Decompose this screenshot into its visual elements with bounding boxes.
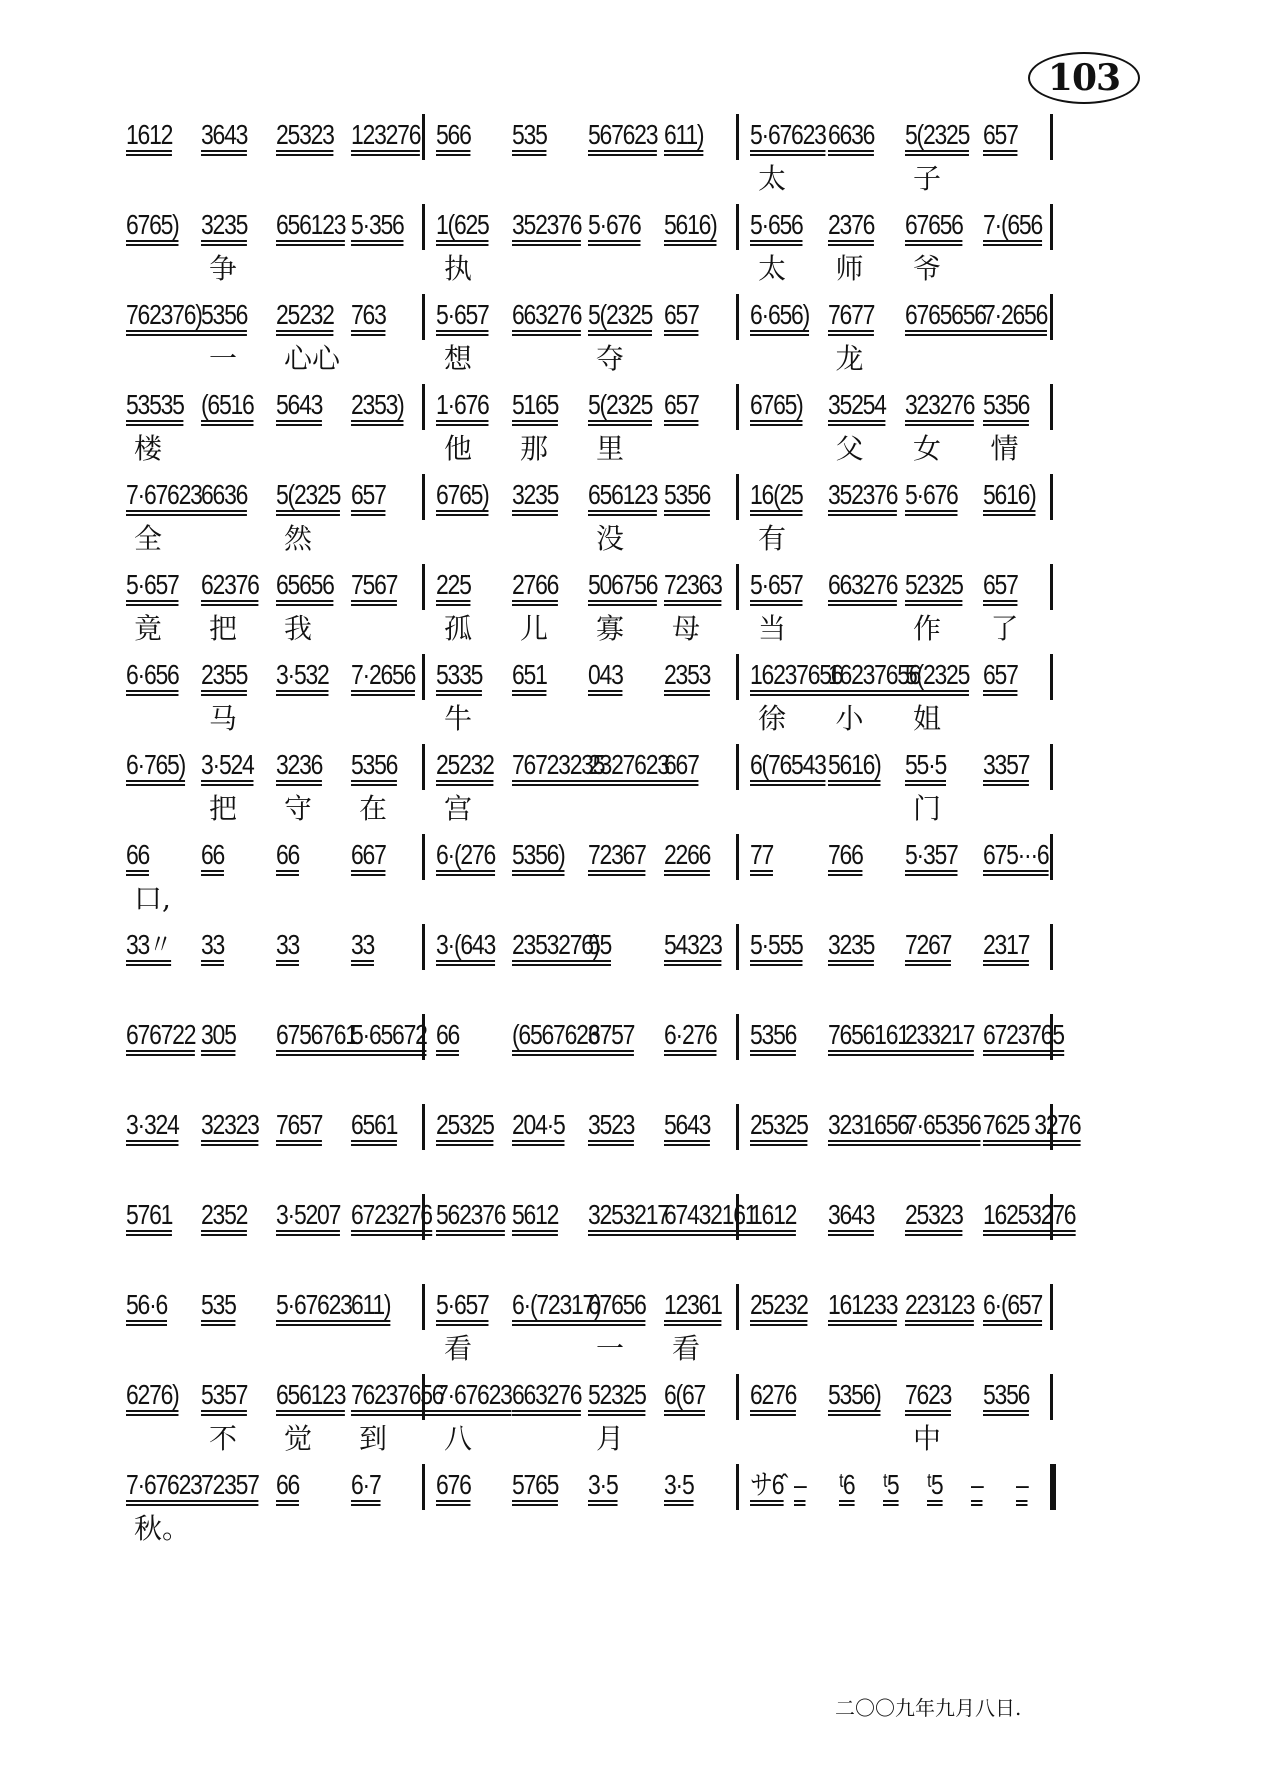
notes-row: 6·65623553·5327·265653356510432353162376…: [120, 654, 1180, 698]
note-group: 676: [436, 1470, 471, 1500]
note-group: 2317: [983, 930, 1029, 960]
measure: 777665·357675···6: [744, 834, 1054, 878]
note-group: 5616): [983, 480, 1036, 510]
note-group: 7·67623: [436, 1380, 512, 1410]
measure: 5·6576·(72317)6765612361: [430, 1284, 734, 1328]
lyric-char: 太: [758, 162, 786, 196]
score-system: 3·324323237657656125325204·5352356432532…: [120, 1104, 1180, 1194]
final-barline: [1050, 1464, 1056, 1510]
note-group: –: [1016, 1470, 1028, 1500]
measure: サ6̂–ᵗ6ᵗ5ᵗ5––: [744, 1464, 1054, 1508]
measure: 6765)32356561235356: [430, 474, 734, 518]
notes-row: 56·65355·67623611)5·6576·(72317)67656123…: [120, 1284, 1180, 1328]
note-group: 656123: [276, 1380, 345, 1410]
note-group: 506756: [588, 570, 657, 600]
note-group: 66: [436, 1020, 459, 1050]
barline: [422, 204, 425, 250]
lyric-char: 不: [209, 1422, 237, 1456]
note-group: 7567: [351, 570, 397, 600]
lyric-char: 看: [672, 1332, 700, 1366]
note-group: 52325: [588, 1380, 646, 1410]
note-group: 5356: [201, 300, 247, 330]
lyric-char: 我: [284, 612, 312, 646]
lyric-char: 门: [913, 792, 941, 826]
note-group: 5·657: [126, 570, 179, 600]
measure: 3·3243232376576561: [120, 1104, 420, 1148]
note-group: 5357: [201, 1380, 247, 1410]
barline: [736, 1464, 739, 1510]
measure: 5·6562376676567·(656: [744, 204, 1054, 248]
note-group: 7·2656: [983, 300, 1047, 330]
note-group: 567623: [588, 120, 657, 150]
lyrics-row: 争执太师爷: [120, 252, 1180, 288]
measure: 5623765612325321767432161: [430, 1194, 734, 1238]
note-group: 5·656: [750, 210, 803, 240]
note-group: 3·5: [588, 1470, 617, 1500]
measure: 66(656762367576·276: [430, 1014, 734, 1058]
note-group: 5·657: [436, 1290, 489, 1320]
note-group: 7656161: [828, 1020, 909, 1050]
note-group: 66: [126, 840, 149, 870]
lyric-char: 楼: [134, 432, 162, 466]
note-group: 5·657: [436, 300, 489, 330]
note-group: 5356: [351, 750, 397, 780]
note-group: 12361: [664, 1290, 722, 1320]
barline: [1050, 924, 1053, 970]
lyric-char: 那: [520, 432, 548, 466]
note-group: 5165: [512, 390, 558, 420]
note-group: 3231656: [828, 1110, 909, 1140]
note-group: 25232: [436, 750, 494, 780]
note-group: 25325: [436, 1110, 494, 1140]
note-group: 52325: [905, 570, 963, 600]
barline: [422, 1194, 425, 1240]
barline: [422, 1014, 425, 1060]
note-group: 3·5207: [276, 1200, 340, 1230]
note-group: 5·357: [905, 840, 958, 870]
barline: [422, 834, 425, 880]
notes-row: 53535(651656432353)1·67651655(2325657676…: [120, 384, 1180, 428]
note-group: 7·2656: [351, 660, 415, 690]
note-group: 611): [664, 120, 703, 150]
note-group: 66: [276, 1470, 299, 1500]
measure: 16237656162376565(2325657: [744, 654, 1054, 698]
lyrics-row: 一心心想夺龙: [120, 342, 1180, 378]
note-group: 16(25: [750, 480, 803, 510]
note-group: 204·5: [512, 1110, 565, 1140]
note-group: 3·5: [664, 1470, 693, 1500]
note-group: 67656: [905, 210, 963, 240]
lyric-char: 徐: [758, 702, 786, 736]
note-group: 3235: [828, 930, 874, 960]
barline: [736, 1104, 739, 1150]
score-system: 6·65623553·5327·265653356510432353162376…: [120, 654, 1180, 744]
lyric-char: 然: [284, 522, 312, 556]
note-group: 562376: [436, 1200, 505, 1230]
note-group: 5335: [436, 660, 482, 690]
barline: [736, 834, 739, 880]
note-group: 762376): [126, 300, 202, 330]
lyric-char: 马: [209, 702, 237, 736]
measure: 33〃333333: [120, 924, 420, 968]
barline: [1050, 744, 1053, 790]
barline: [736, 474, 739, 520]
barline: [422, 1104, 425, 1150]
note-group: 2327623: [588, 750, 669, 780]
measure: 6276)535765612376237656: [120, 1374, 420, 1418]
lyric-char: 子: [913, 162, 941, 196]
measure: 576123523·52076723276: [120, 1194, 420, 1238]
note-group: サ6̂: [750, 1470, 783, 1500]
measure: 6·(2765356)723672266: [430, 834, 734, 878]
note-group: 657: [983, 120, 1018, 150]
lyrics-row: 楼他那里父女情: [120, 432, 1180, 468]
note-group: 5643: [664, 1110, 710, 1140]
barline: [736, 744, 739, 790]
note-group: 6276): [126, 1380, 179, 1410]
note-group: 656123: [276, 210, 345, 240]
note-group: 3·532: [276, 660, 329, 690]
measure: 1·67651655(2325657: [430, 384, 734, 428]
note-group: 6636: [828, 120, 874, 150]
note-group: 32323: [201, 1110, 259, 1140]
note-group: 72363: [664, 570, 722, 600]
notes-row: 1612364325323123276566535567623611)5·676…: [120, 114, 1180, 158]
note-group: 54323: [664, 930, 722, 960]
notes-row: 7·6762372357666·767657653·53·5サ6̂–ᵗ6ᵗ5ᵗ5…: [120, 1464, 1180, 1508]
lyric-char: 把: [209, 612, 237, 646]
note-group: 2353: [664, 660, 710, 690]
note-group: 6·276: [664, 1020, 717, 1050]
note-group: 766: [828, 840, 863, 870]
lyrics-row: 口,: [120, 882, 1180, 918]
lyric-char: 女: [913, 432, 941, 466]
score-system: 576123523·520767232765623765612325321767…: [120, 1194, 1180, 1284]
note-group: 611): [351, 1290, 390, 1320]
note-group: 66: [276, 840, 299, 870]
note-group: 65656: [276, 570, 334, 600]
lyrics-row: 马牛徐小姐: [120, 702, 1180, 738]
lyric-char: 在: [359, 792, 387, 826]
note-group: 6636: [201, 480, 247, 510]
measure: 5·6762366365(2325657: [744, 114, 1054, 158]
lyric-char: 情: [991, 432, 1019, 466]
barline: [1050, 654, 1053, 700]
note-group: 1612: [126, 120, 172, 150]
note-group: 323276: [905, 390, 974, 420]
notes-row: 6765)32356561235·3561(6253523765·6765616…: [120, 204, 1180, 248]
lyric-char: 宫: [444, 792, 472, 826]
notes-row: 67672230567567615·6567266(656762367576·2…: [120, 1014, 1180, 1058]
note-group: 1(625: [436, 210, 489, 240]
note-group: 5616): [664, 210, 717, 240]
measure: 53535(651656432353): [120, 384, 420, 428]
note-group: 3643: [201, 120, 247, 150]
notes-row: 3·324323237657656125325204·5352356432532…: [120, 1104, 1180, 1148]
measure: 5·65766327652325657: [744, 564, 1054, 608]
lyric-char: 把: [209, 792, 237, 826]
lyric-char: 母: [672, 612, 700, 646]
note-group: 7·67623: [126, 1470, 202, 1500]
note-group: 223123: [905, 1290, 974, 1320]
note-group: 5761: [126, 1200, 172, 1230]
lyric-char: 龙: [836, 342, 864, 376]
note-group: 675···6: [983, 840, 1048, 870]
note-group: 3·(643: [436, 930, 495, 960]
lyric-char: 想: [444, 342, 472, 376]
lyric-char: 有: [758, 522, 786, 556]
note-group: 3523: [588, 1110, 634, 1140]
note-group: 25232: [276, 300, 334, 330]
note-group: 53535: [126, 390, 184, 420]
note-group: 72357: [201, 1470, 259, 1500]
note-group: 5(2325: [905, 120, 969, 150]
note-group: 656123: [588, 480, 657, 510]
note-group: 225: [436, 570, 471, 600]
notes-row: 576123523·520767232765623765612325321767…: [120, 1194, 1180, 1238]
note-group: 3235: [512, 480, 558, 510]
lyric-char: 儿: [520, 612, 548, 646]
notes-row: 33〃3333333·(6432353276)55543235·55532357…: [120, 924, 1180, 968]
note-group: 5·676: [588, 210, 641, 240]
note-group: 6·(276: [436, 840, 495, 870]
lyric-char: 牛: [444, 702, 472, 736]
note-group: 6765): [750, 390, 803, 420]
note-group: 763: [351, 300, 386, 330]
note-group: 6765): [436, 480, 489, 510]
note-group: 33: [201, 930, 224, 960]
lyric-char: 小: [836, 702, 864, 736]
lyric-char: 了: [991, 612, 1019, 646]
barline: [736, 384, 739, 430]
barline: [736, 1014, 739, 1060]
barline: [1050, 1104, 1053, 1150]
note-group: 535: [512, 120, 547, 150]
note-group: 535: [201, 1290, 236, 1320]
note-group: 352376: [512, 210, 581, 240]
lyric-char: 执: [444, 252, 472, 286]
note-group: 6·765): [126, 750, 185, 780]
note-group: 161233: [828, 1290, 897, 1320]
barline: [422, 114, 425, 160]
notes-row: 6·765)3·52432365356252327672323523276236…: [120, 744, 1180, 788]
date-note: 二〇〇九年九月八日.: [835, 1692, 1021, 1721]
score-system: 7·6762372357666·767657653·53·5サ6̂–ᵗ6ᵗ5ᵗ5…: [120, 1464, 1180, 1554]
note-group: 7·(656: [983, 210, 1042, 240]
lyrics-row: 不觉到八月中: [120, 1422, 1180, 1458]
barline: [422, 1464, 425, 1510]
measure: 666666667: [120, 834, 420, 878]
note-group: ᵗ5: [927, 1470, 942, 1500]
measure: 16(253523765·6765616): [744, 474, 1054, 518]
lyric-char: 寡: [596, 612, 624, 646]
note-group: 657: [983, 570, 1018, 600]
note-group: 663276: [828, 570, 897, 600]
measure: 67657653·53·5: [430, 1464, 734, 1508]
barline: [736, 294, 739, 340]
lyric-char: 觉: [284, 1422, 312, 1456]
note-group: 62376: [201, 570, 259, 600]
note-group: 123276: [351, 120, 420, 150]
note-group: 5·657: [750, 570, 803, 600]
note-group: 566: [436, 120, 471, 150]
note-group: 3253217: [588, 1200, 669, 1230]
note-group: 5(2325: [905, 660, 969, 690]
notes-row: 6666666676·(2765356)723672266777665·3576…: [120, 834, 1180, 878]
note-group: 16253276: [983, 1200, 1075, 1230]
barline: [1050, 384, 1053, 430]
lyric-char: 当: [758, 612, 786, 646]
barline: [1050, 1194, 1053, 1240]
note-group: 25325: [750, 1110, 808, 1140]
note-group: 33: [276, 930, 299, 960]
lyric-char: 没: [596, 522, 624, 556]
note-group: 3357: [983, 750, 1029, 780]
note-group: 67656: [588, 1290, 646, 1320]
score-system: 6276)5357656123762376567·676236632765232…: [120, 1374, 1180, 1464]
note-group: 66: [201, 840, 224, 870]
note-group: 5356: [983, 390, 1029, 420]
note-group: 2353276): [512, 930, 599, 960]
note-group: (6516: [201, 390, 254, 420]
barline: [422, 564, 425, 610]
note-group: 2766: [512, 570, 558, 600]
note-group: 1·676: [436, 390, 489, 420]
barline: [1050, 1014, 1053, 1060]
lyric-char: 太: [758, 252, 786, 286]
measure: 225276650675672363: [430, 564, 734, 608]
lyrics-row: [120, 972, 1180, 1008]
barline: [422, 1284, 425, 1330]
note-group: 305: [201, 1020, 236, 1050]
measure: 7·6762372357666·7: [120, 1464, 420, 1508]
barline: [1050, 474, 1053, 520]
measure: 6·656)767767656567·2656: [744, 294, 1054, 338]
note-group: 7677: [828, 300, 874, 330]
note-group: 5·67623: [750, 120, 826, 150]
note-group: 7657: [276, 1110, 322, 1140]
note-group: ᵗ6: [839, 1470, 854, 1500]
barline: [736, 654, 739, 700]
lyrics-row: 竟把我孤儿寡母当作了: [120, 612, 1180, 648]
lyric-char: 月: [596, 1422, 624, 1456]
note-group: 5·356: [351, 210, 404, 240]
note-group: 55: [588, 930, 611, 960]
lyric-char: 竟: [134, 612, 162, 646]
note-group: 5765: [512, 1470, 558, 1500]
lyric-char: 爷: [913, 252, 941, 286]
score-system: 5·657623766565675672252766506756723635·6…: [120, 564, 1180, 654]
lyrics-row: 把守在宫门: [120, 792, 1180, 828]
lyric-char: 看: [444, 1332, 472, 1366]
notes-row: 7·6762366365(23256576765)323565612353561…: [120, 474, 1180, 518]
note-group: 6757: [588, 1020, 634, 1050]
note-group: 72367: [588, 840, 646, 870]
lyric-char: 中: [913, 1422, 941, 1456]
note-group: 5356: [664, 480, 710, 510]
note-group: 5356): [512, 840, 565, 870]
lyrics-row: [120, 1152, 1180, 1188]
note-group: 2376: [828, 210, 874, 240]
note-group: 6723276: [351, 1200, 432, 1230]
note-group: 6765): [126, 210, 179, 240]
note-group: 3235: [201, 210, 247, 240]
measure: 6·765)3·52432365356: [120, 744, 420, 788]
lyric-char: 口,: [134, 882, 171, 916]
note-group: 33〃: [126, 930, 171, 960]
note-group: 25323: [276, 120, 334, 150]
measure: 67672230567567615·65672: [120, 1014, 420, 1058]
score-system: 6765)32356561235·3561(6253523765·6765616…: [120, 204, 1180, 294]
lyric-char: 全: [134, 522, 162, 556]
lyric-char: 师: [836, 252, 864, 286]
barline: [1050, 1374, 1053, 1420]
note-group: 657: [983, 660, 1018, 690]
measure: 6·65623553·5327·2656: [120, 654, 420, 698]
barline: [736, 1194, 739, 1240]
measure: 762376)535625232763: [120, 294, 420, 338]
note-group: 651: [512, 660, 547, 690]
note-group: 1612: [750, 1200, 796, 1230]
barline: [1050, 834, 1053, 880]
note-group: 55·5: [905, 750, 946, 780]
lyric-char: 作: [913, 612, 941, 646]
measure: 3·(6432353276)5554323: [430, 924, 734, 968]
measure: 535676561612332176723765: [744, 1014, 1054, 1058]
note-group: 676722: [126, 1020, 195, 1050]
note-group: 657: [664, 300, 699, 330]
note-group: 2355: [201, 660, 247, 690]
note-group: 5643: [276, 390, 322, 420]
notes-row: 6276)5357656123762376567·676236632765232…: [120, 1374, 1180, 1418]
note-group: ᵗ5: [883, 1470, 898, 1500]
note-group: 663276: [512, 1380, 581, 1410]
lyric-char: 一: [596, 1332, 624, 1366]
note-group: 6·656): [750, 300, 809, 330]
note-group: 6·656: [126, 660, 179, 690]
lyrics-row: 看一看: [120, 1332, 1180, 1368]
note-group: 5(2325: [588, 300, 652, 330]
barline: [422, 474, 425, 520]
note-group: –: [971, 1470, 983, 1500]
lyric-char: 他: [444, 432, 472, 466]
barline: [1050, 564, 1053, 610]
barline: [422, 744, 425, 790]
barline: [1050, 294, 1053, 340]
lyric-char: 姐: [913, 702, 941, 736]
barline: [1050, 114, 1053, 160]
barline: [422, 1374, 425, 1420]
measure: 5·65762376656567567: [120, 564, 420, 608]
score-system: 6·765)3·52432365356252327672323523276236…: [120, 744, 1180, 834]
note-group: 7625 3276: [983, 1110, 1080, 1140]
barline: [422, 924, 425, 970]
lyric-char: 秋。: [134, 1512, 190, 1546]
measure: 56·65355·67623611): [120, 1284, 420, 1328]
note-group: 25323: [905, 1200, 963, 1230]
note-group: (6567623: [512, 1020, 599, 1050]
measure: 1612364325323123276: [120, 114, 420, 158]
note-group: 6276: [750, 1380, 796, 1410]
lyric-char: 守: [284, 792, 312, 826]
note-group: 2266: [664, 840, 710, 870]
lyrics-row: 太子: [120, 162, 1180, 198]
note-group: 6(76543: [750, 750, 826, 780]
note-group: 5356: [983, 1380, 1029, 1410]
note-group: 663276: [512, 300, 581, 330]
lyric-char: 夺: [596, 342, 624, 376]
measure: 25232767232352327623667: [430, 744, 734, 788]
